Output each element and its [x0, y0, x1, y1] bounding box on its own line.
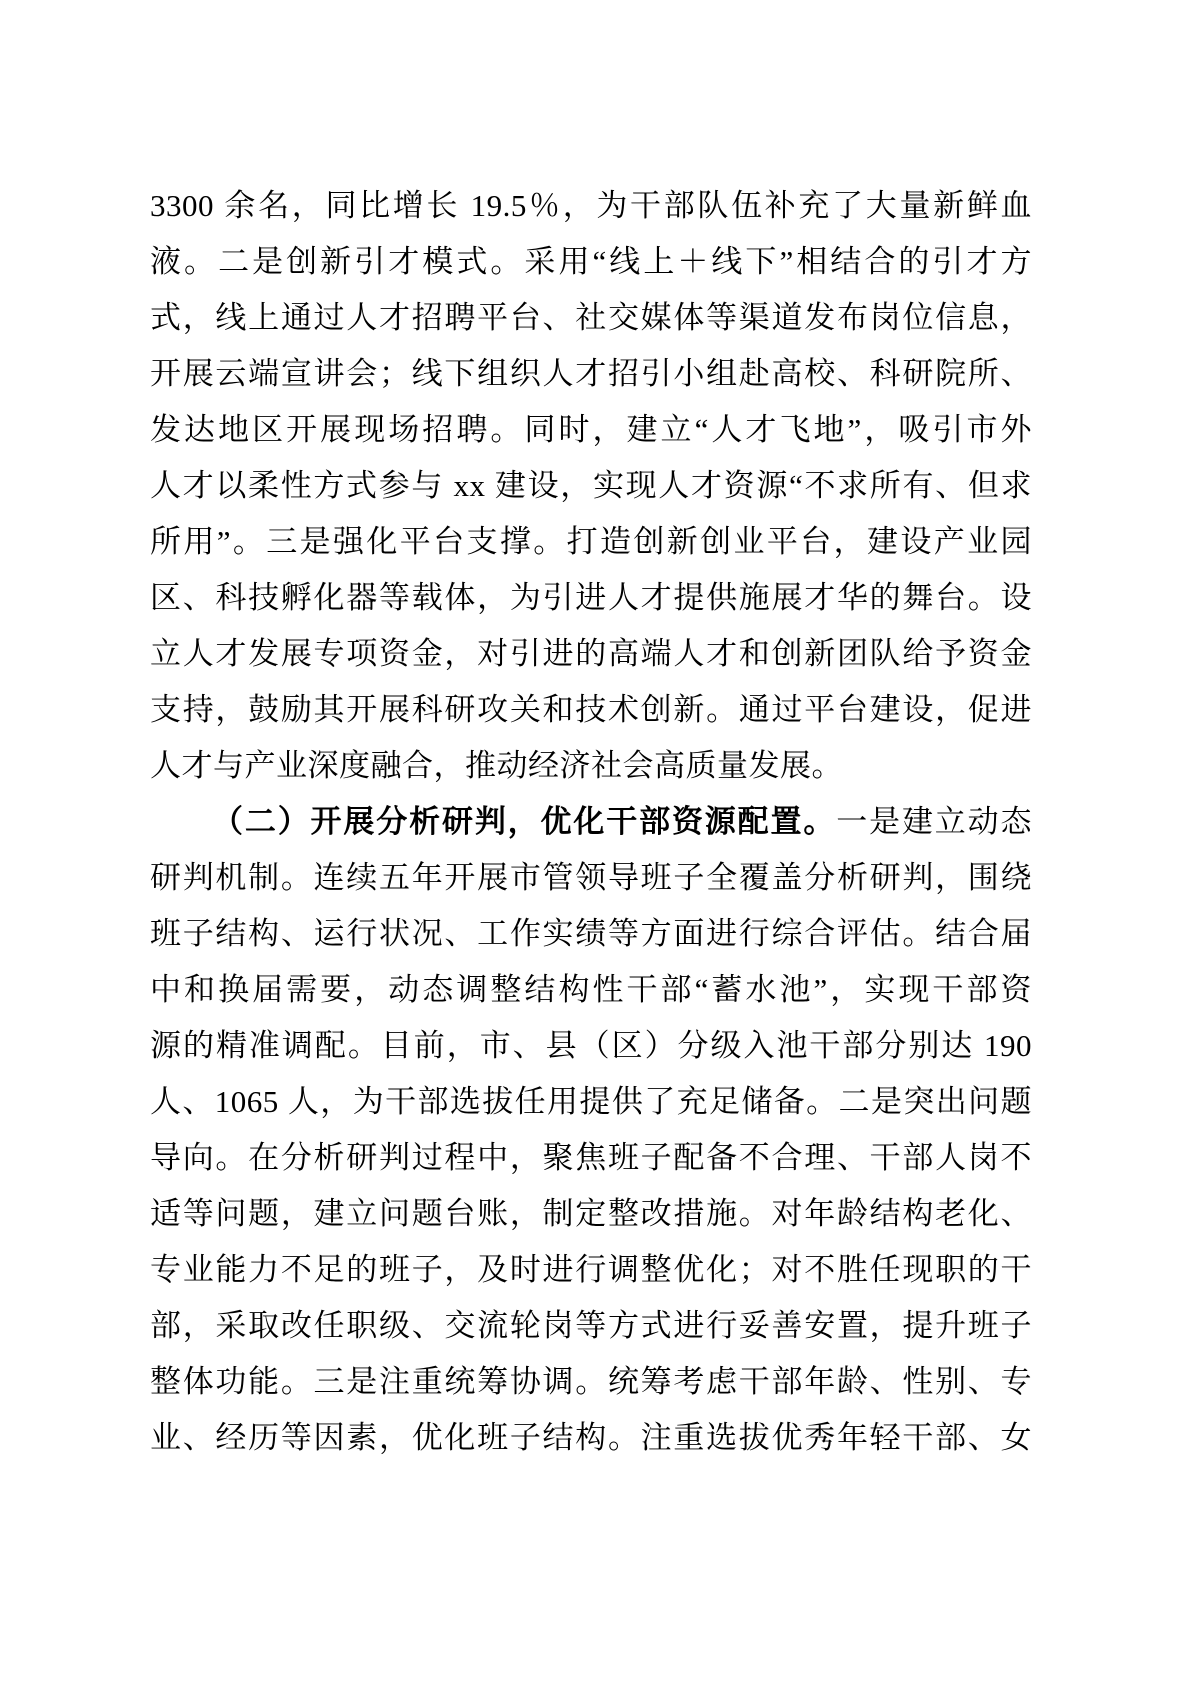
- section-2-heading: （二）开展分析研判，优化干部资源配置。: [212, 804, 836, 839]
- text-line: 发达地区开展现场招聘。同时，建立“人才飞地”，吸引市外: [150, 402, 1032, 458]
- text-line: 班子结构、运行状况、工作实绩等方面进行综合评估。结合届: [150, 906, 1032, 962]
- text-line: 开展云端宣讲会；线下组织人才招引小组赴高校、科研院所、: [150, 346, 1032, 402]
- text-line-section-start: （二）开展分析研判，优化干部资源配置。一是建立动态: [150, 794, 1032, 850]
- text-line: 式，线上通过人才招聘平台、社交媒体等渠道发布岗位信息，: [150, 290, 1032, 346]
- text-line: 中和换届需要，动态调整结构性干部“蓄水池”，实现干部资: [150, 962, 1032, 1018]
- text-line: 人才以柔性方式参与 xx 建设，实现人才资源“不求所有、但求: [150, 458, 1032, 514]
- text-line: 适等问题，建立问题台账，制定整改措施。对年龄结构老化、: [150, 1186, 1032, 1242]
- text-line: 支持，鼓励其开展科研攻关和技术创新。通过平台建设，促进: [150, 682, 1032, 738]
- text-line: 业、经历等因素，优化班子结构。注重选拔优秀年轻干部、女: [150, 1410, 1032, 1466]
- text-line: 导向。在分析研判过程中，聚焦班子配备不合理、干部人岗不: [150, 1130, 1032, 1186]
- text-line: 液。二是创新引才模式。采用“线上＋线下”相结合的引才方: [150, 234, 1032, 290]
- text-line: 源的精准调配。目前，市、县（区）分级入池干部分别达 190: [150, 1018, 1032, 1074]
- section-2-lead-text: 一是建立动态: [836, 804, 1032, 839]
- text-line: 立人才发展专项资金，对引进的高端人才和创新团队给予资金: [150, 626, 1032, 682]
- text-line: 研判机制。连续五年开展市管领导班子全覆盖分析研判，围绕: [150, 850, 1032, 906]
- text-line: 人、1065 人，为干部选拔任用提供了充足储备。二是突出问题: [150, 1074, 1032, 1130]
- text-line: 部，采取改任职级、交流轮岗等方式进行妥善安置，提升班子: [150, 1298, 1032, 1354]
- text-line: 整体功能。三是注重统筹协调。统筹考虑干部年龄、性别、专: [150, 1354, 1032, 1410]
- text-line: 专业能力不足的班子，及时进行调整优化；对不胜任现职的干: [150, 1242, 1032, 1298]
- text-line: 区、科技孵化器等载体，为引进人才提供施展才华的舞台。设: [150, 570, 1032, 626]
- document-text-block: 3300 余名，同比增长 19.5％，为干部队伍补充了大量新鲜血 液。二是创新引…: [150, 178, 1032, 1466]
- text-line-paragraph-end: 人才与产业深度融合，推动经济社会高质量发展。: [150, 738, 1032, 794]
- text-line: 所用”。三是强化平台支撑。打造创新创业平台，建设产业园: [150, 514, 1032, 570]
- document-page: 3300 余名，同比增长 19.5％，为干部队伍补充了大量新鲜血 液。二是创新引…: [0, 0, 1190, 1683]
- text-line: 3300 余名，同比增长 19.5％，为干部队伍补充了大量新鲜血: [150, 178, 1032, 234]
